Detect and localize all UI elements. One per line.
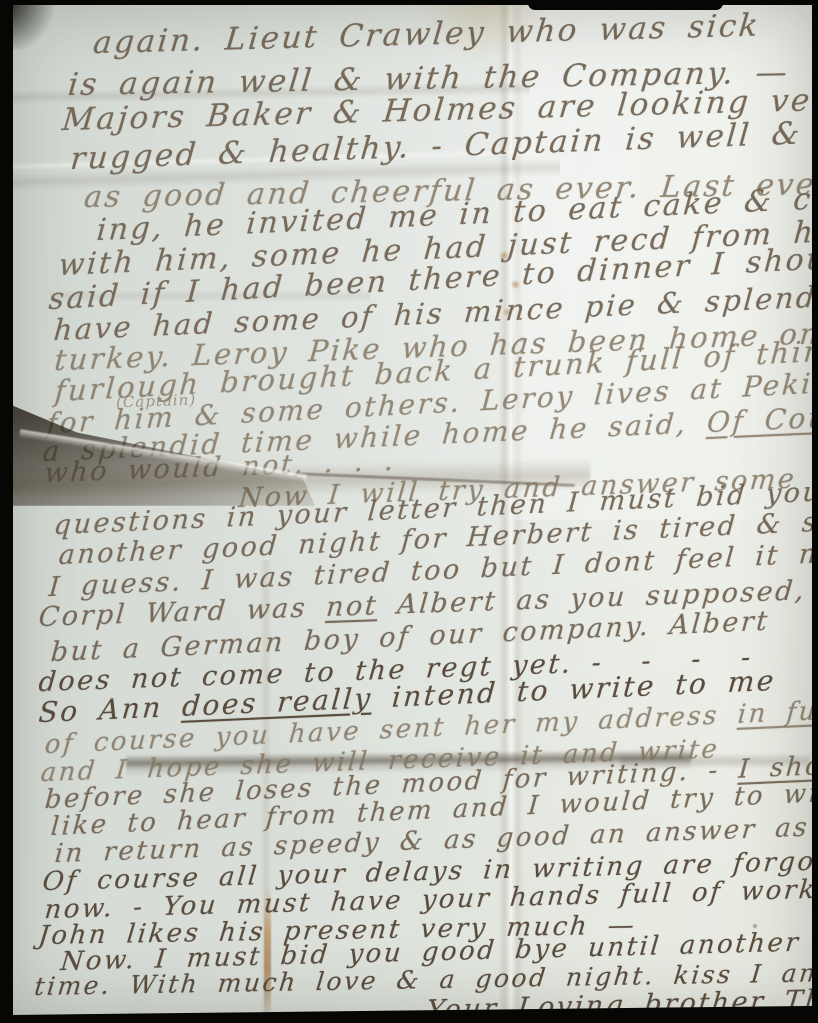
scan-edge-right bbox=[812, 0, 818, 1023]
underlined-phrase: in full bbox=[737, 695, 818, 730]
letter-scan-image: again. Lieut Crawley who was sick is aga… bbox=[0, 0, 818, 1023]
scan-edge-left bbox=[0, 0, 13, 1023]
letter-line-segment: So Ann bbox=[37, 690, 183, 729]
scan-edge-top-notch bbox=[528, 0, 723, 10]
underlined-phrase: not bbox=[325, 590, 380, 623]
underlined-phrase: Of Course bbox=[706, 398, 818, 439]
